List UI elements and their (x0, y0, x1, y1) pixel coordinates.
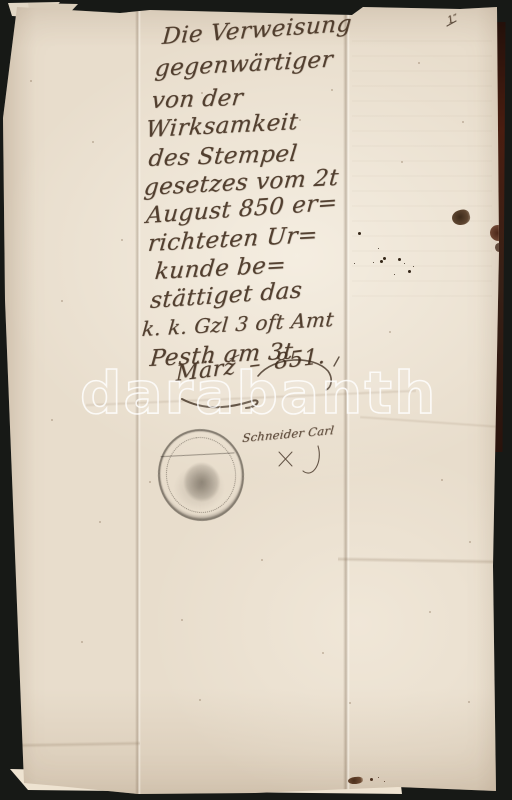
watermark-text: darabanth (80, 364, 437, 422)
ink-splatter-cluster (358, 232, 361, 235)
auction-photo-scan: Die Verweisung gegenwärtiger von der Wir… (0, 0, 512, 800)
paper-speckles (0, 0, 2, 2)
handwriting-line: von der (150, 85, 244, 114)
ink-dots (370, 778, 373, 781)
ink-bleed-through (352, 40, 492, 310)
